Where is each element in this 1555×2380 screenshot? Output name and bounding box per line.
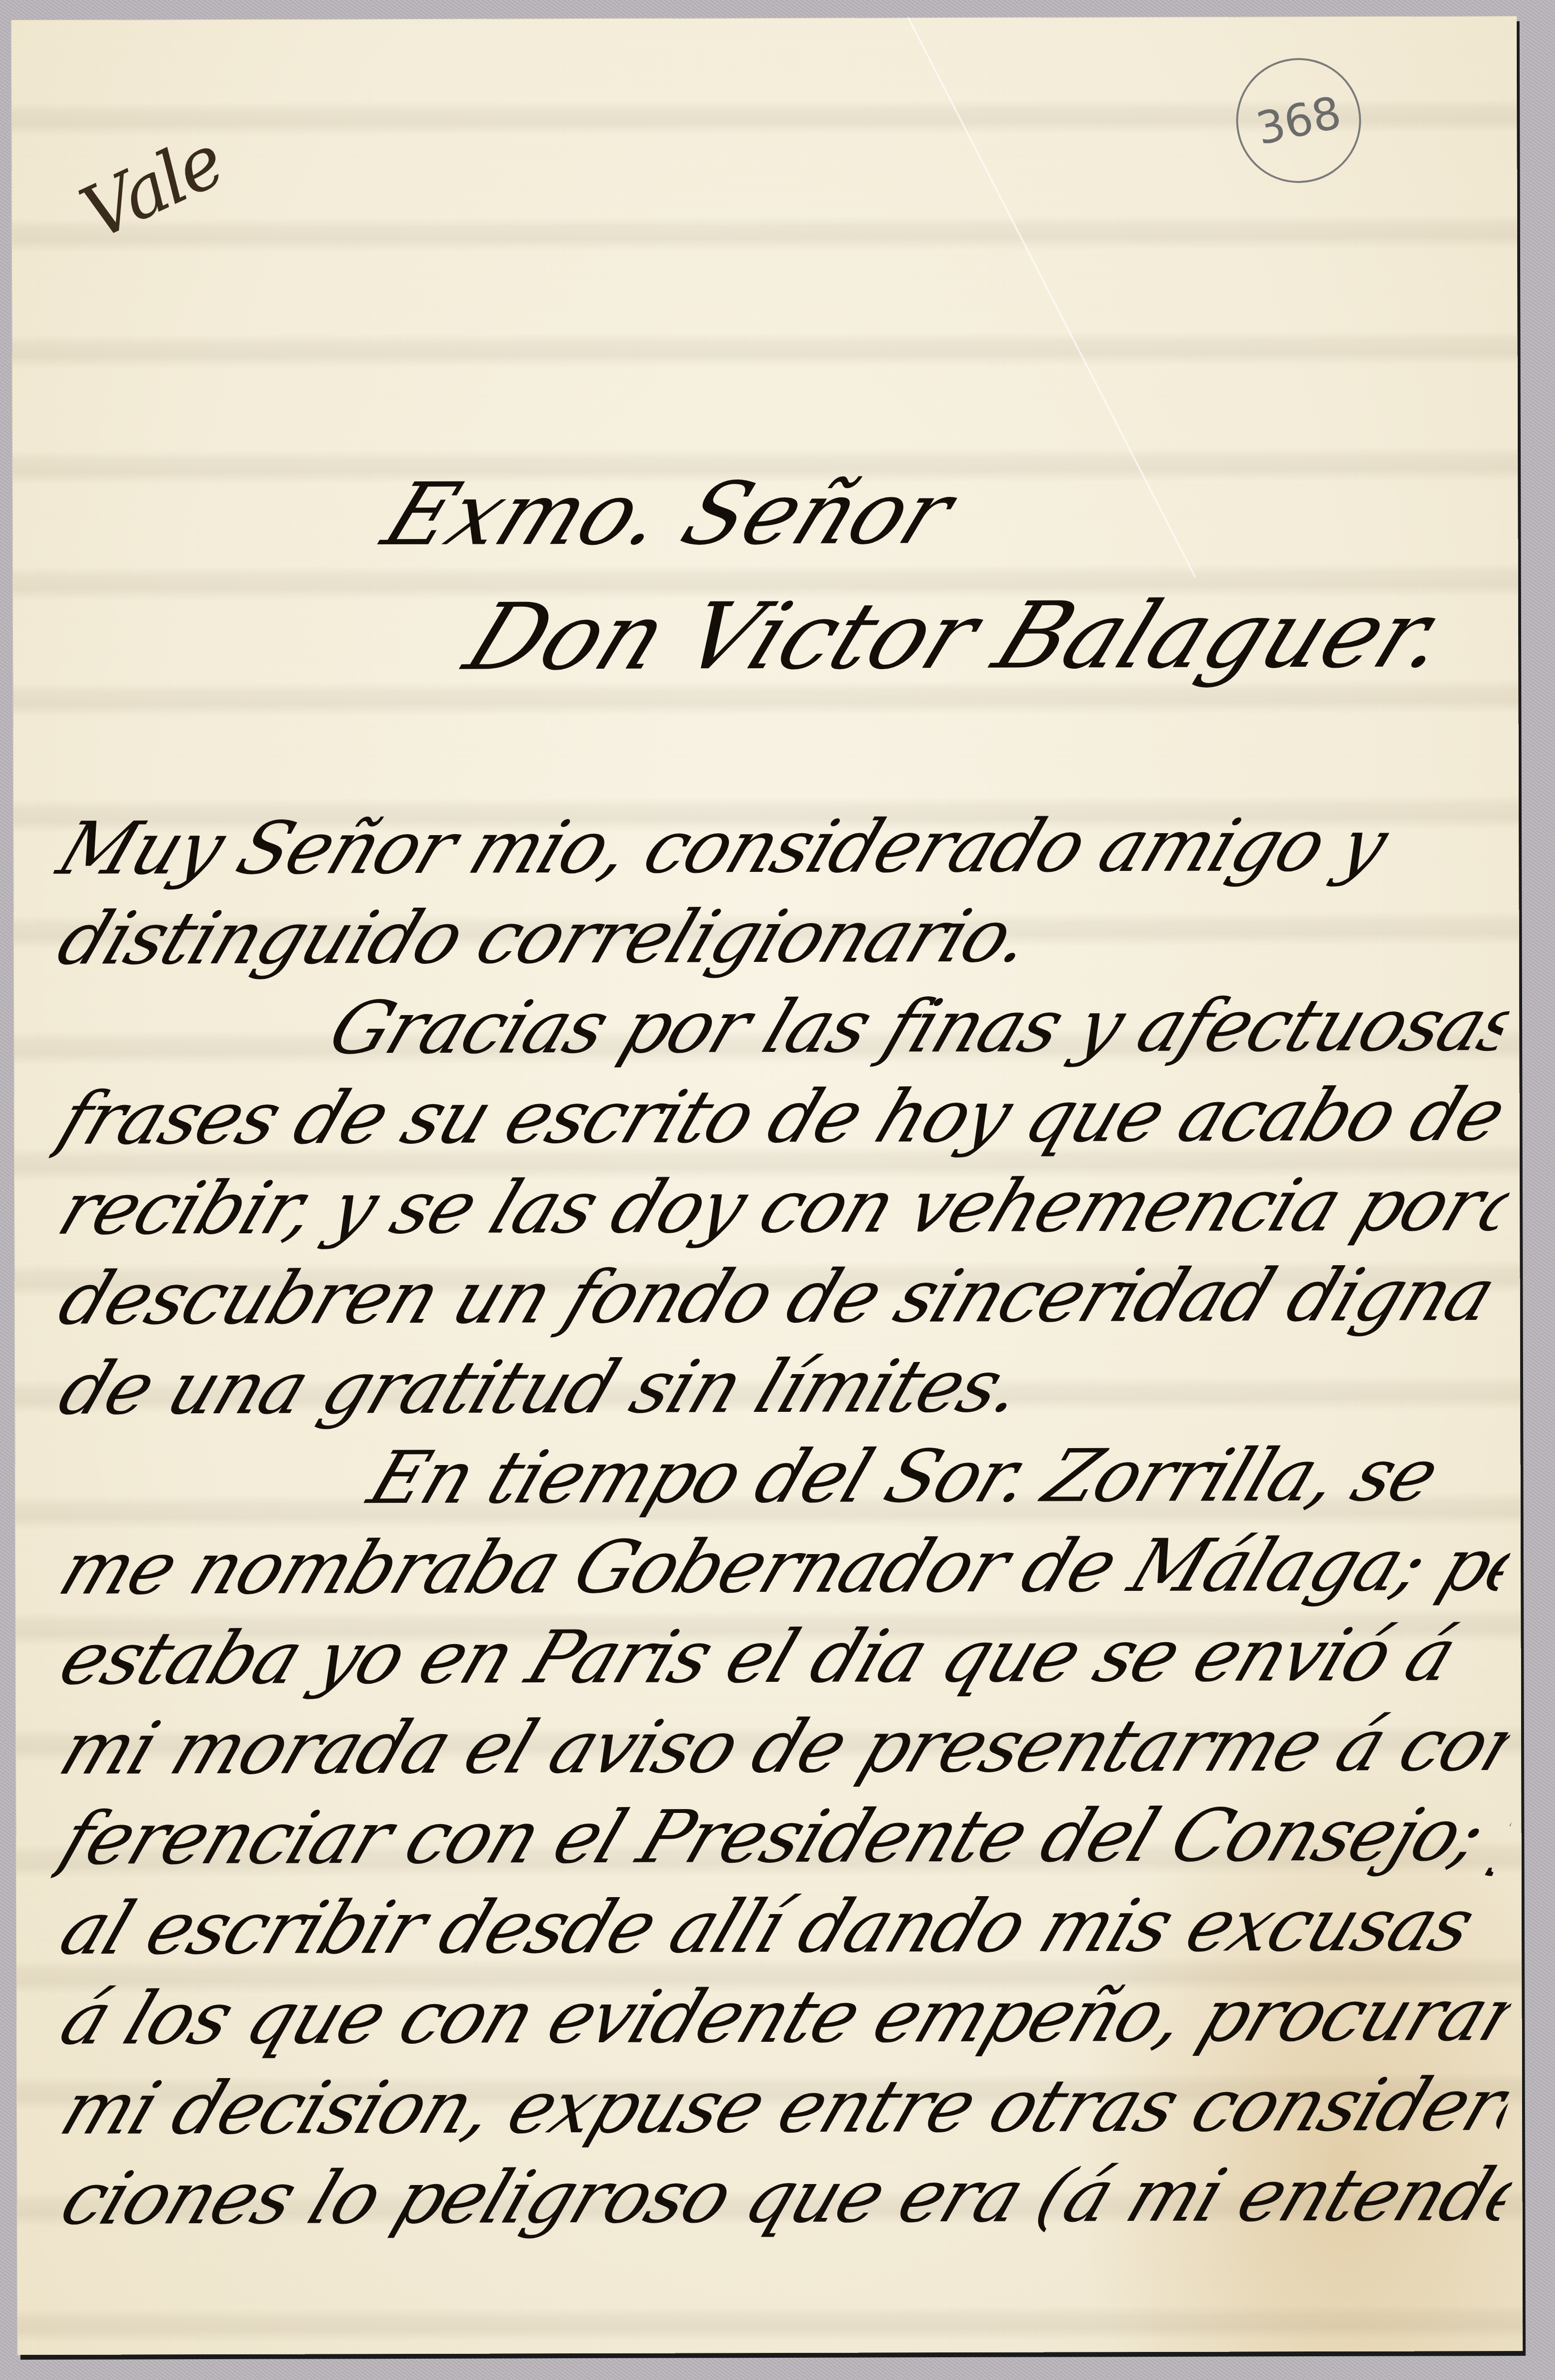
body-line: mi morada el aviso de presentarme á con- (48, 1700, 1523, 1794)
body-line: Gracias por las finas y afectuosas (46, 980, 1521, 1074)
body-line: frases de su escrito de hoy que acabo de (46, 1070, 1521, 1164)
body-line: á los que con evidente empeño, procuraro… (49, 1970, 1524, 2064)
body-line: me nombraba Gobernador de Málaga; pero (47, 1520, 1522, 1614)
letter-body: Muy Señor mio, considerado amigo y disti… (62, 800, 1508, 2244)
body-line: al escribir desde allí dando mis excusas (48, 1880, 1523, 1974)
salutation-title: Exmo. Señor (370, 462, 1464, 565)
folio-number-stamp: 368 (1224, 46, 1373, 195)
body-line: estaba yo en Paris el dia que se envió á (48, 1610, 1523, 1704)
body-line: descubren un fondo de sinceridad digna (47, 1250, 1522, 1344)
body-line: de una gratitud sin límites. (47, 1340, 1522, 1434)
body-line: Muy Señor mio, considerado amigo y (46, 800, 1521, 894)
body-line: ciones lo peligroso que era (á mi entend… (49, 2150, 1524, 2244)
letter-page: 368 Vale Exmo. Señor Don Victor Balaguer… (12, 16, 1523, 2355)
body-line: mi decision, expuse entre otras consider… (49, 2060, 1524, 2154)
salutation-recipient: Don Victor Balaguer. (452, 581, 1465, 690)
body-line: recibir, y se las doy con vehemencia por… (47, 1160, 1522, 1254)
salutation: Exmo. Señor Don Victor Balaguer. (390, 462, 1444, 691)
body-line: ferenciar con el Presidente del Consejo;… (48, 1790, 1523, 1884)
body-line: En tiempo del Sor. Zorrilla, se (47, 1430, 1522, 1524)
margin-annotation: Vale (69, 120, 235, 257)
body-line: distinguido correligionario. (46, 890, 1521, 984)
